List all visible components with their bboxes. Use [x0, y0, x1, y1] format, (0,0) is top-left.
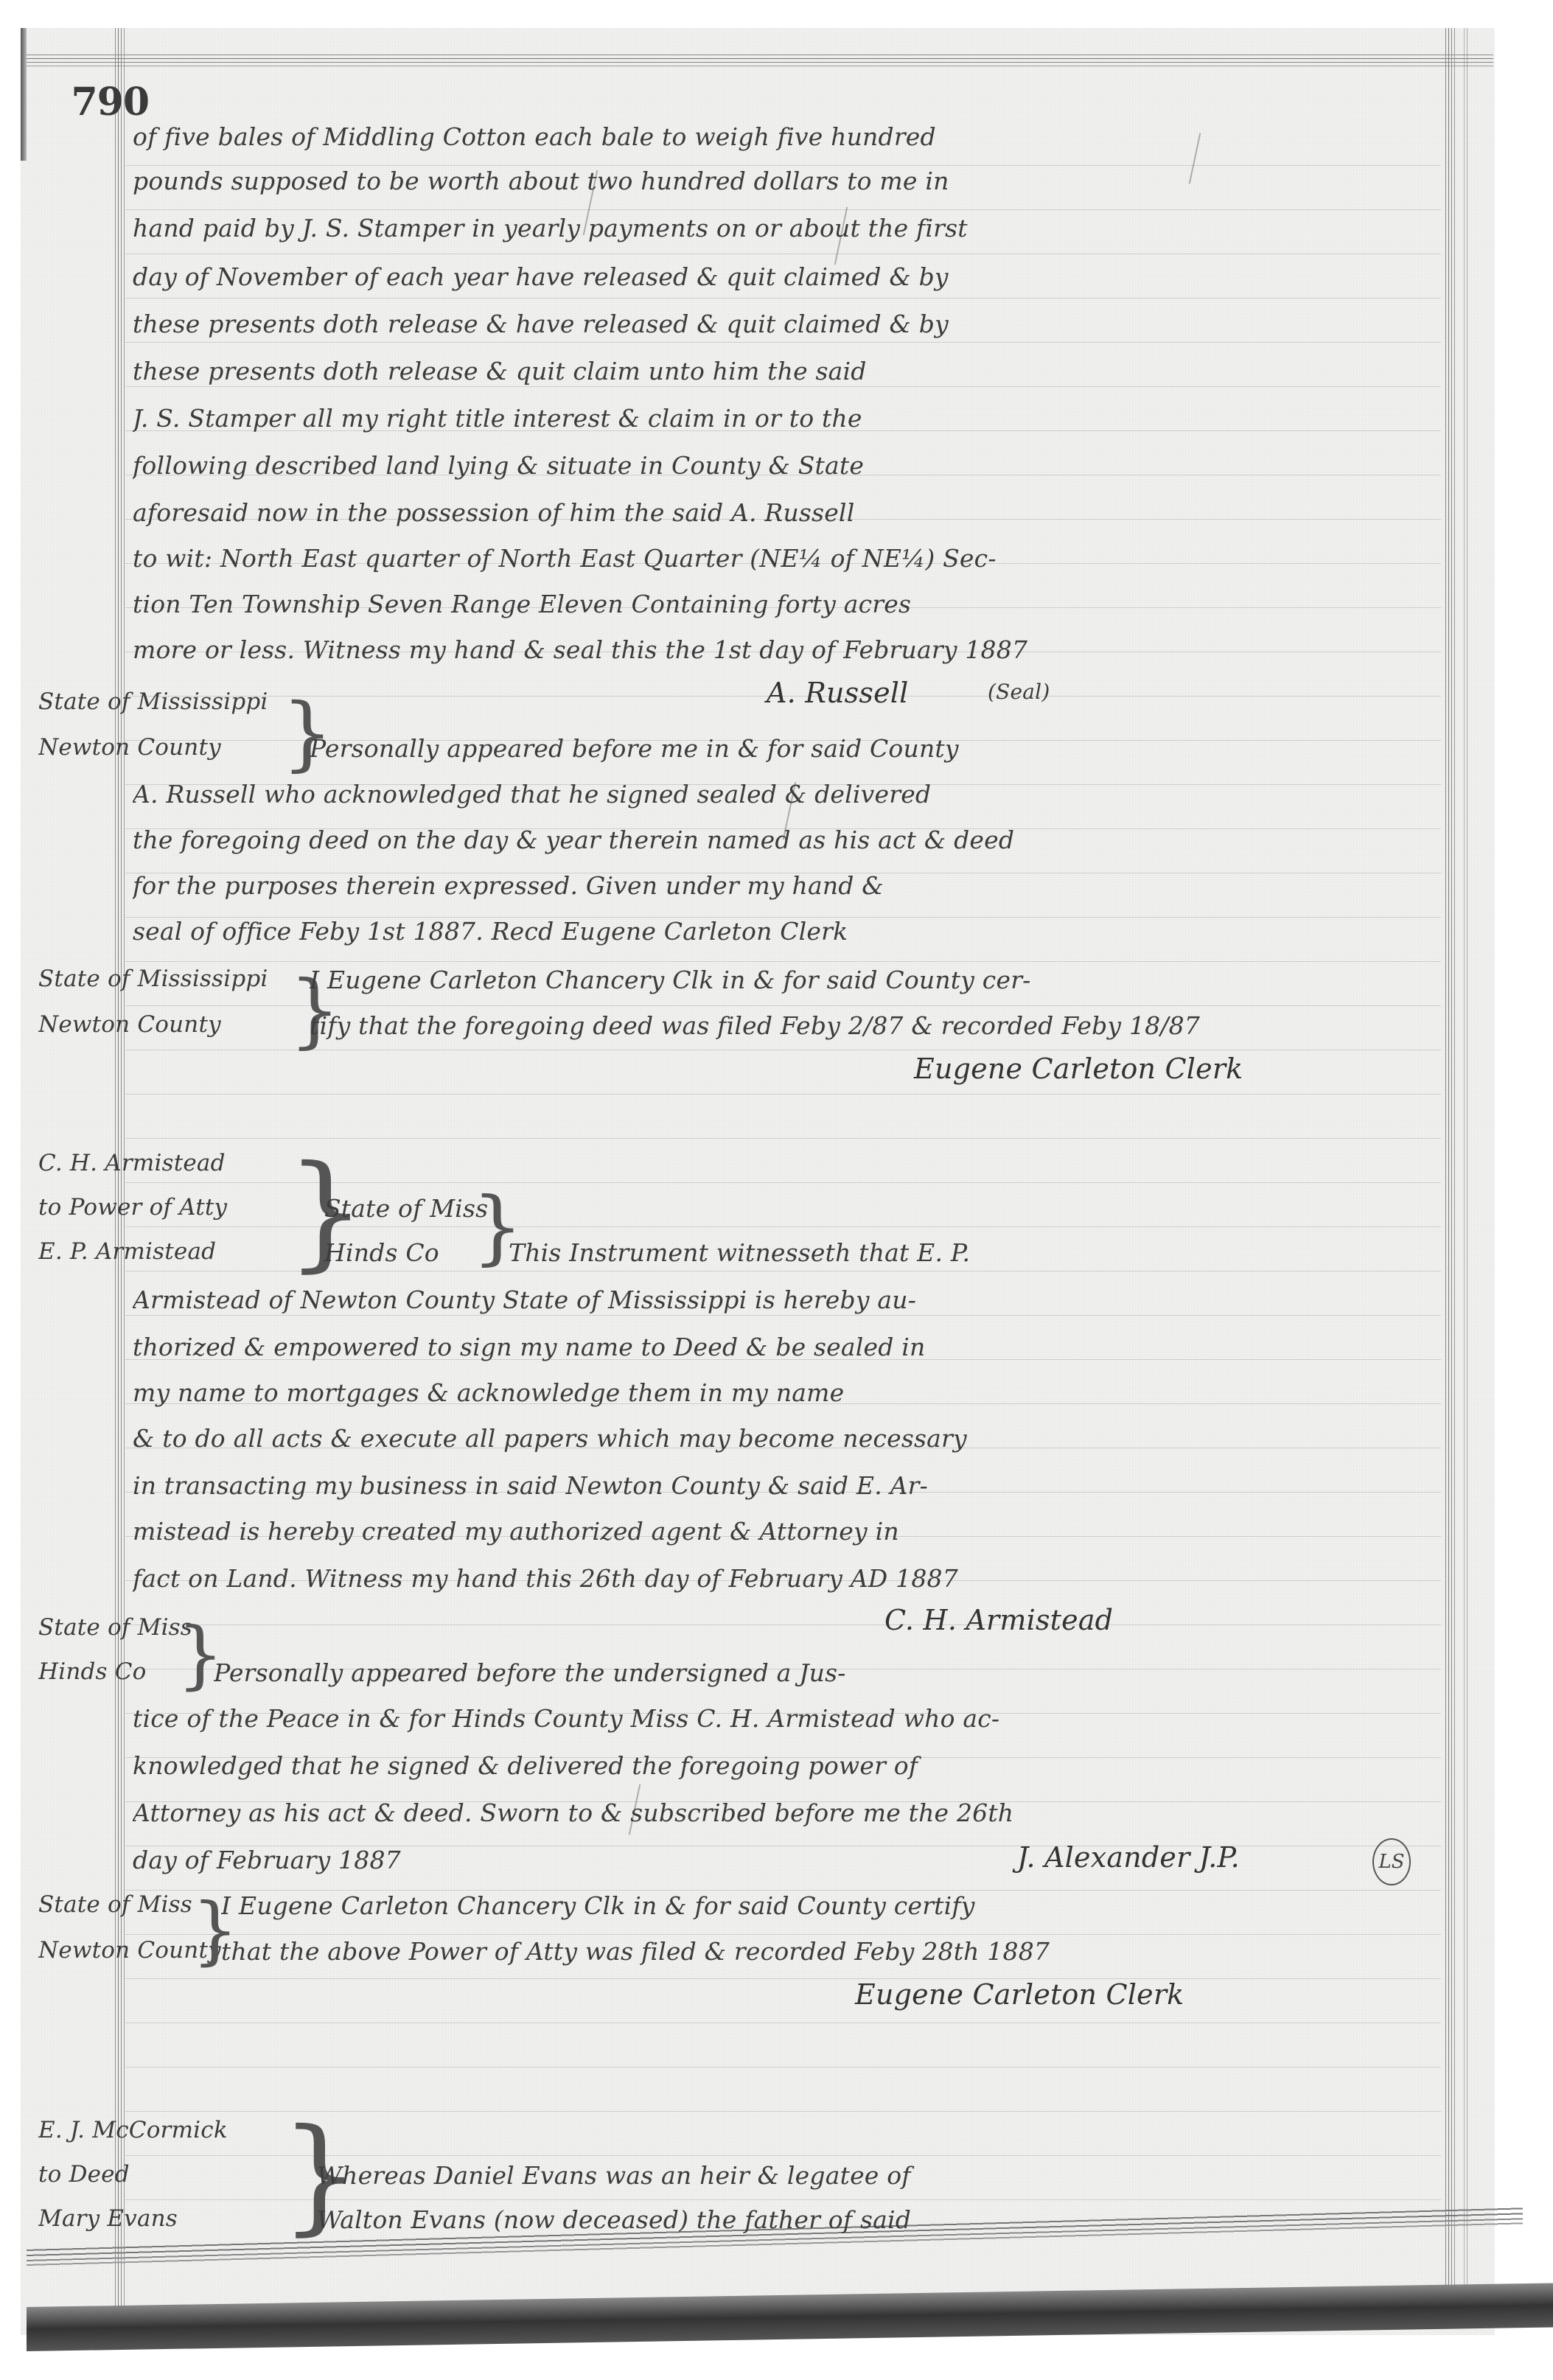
- text-line: my name to mortgages & acknowledge them …: [133, 1378, 1437, 1407]
- text-line: Attorney as his act & deed. Sworn to & s…: [133, 1798, 1437, 1827]
- page-edge-shadow: [21, 28, 27, 161]
- text-line: hand paid by J. S. Stamper in yearly pay…: [133, 214, 1437, 242]
- signature-a-russell: A. Russell: [767, 677, 908, 709]
- scan-background: [27, 2351, 1553, 2380]
- text-line: these presents doth release & quit claim…: [133, 357, 1437, 385]
- signature-clerk: Eugene Carleton Clerk: [914, 1053, 1243, 1085]
- text-line: Armistead of Newton County State of Miss…: [133, 1285, 1437, 1314]
- text-line: fact on Land. Witness my hand this 26th …: [133, 1564, 1437, 1593]
- text-line: Personally appeared before me in & for s…: [310, 734, 1437, 763]
- index-grantor: C. H. Armistead: [38, 1150, 282, 1176]
- text-line: pounds supposed to be worth about two hu…: [133, 167, 1437, 195]
- text-line: This Instrument witnesseth that E. P.: [509, 1238, 1437, 1267]
- margin-state: State of Mississippi: [38, 966, 282, 992]
- text-line: mistead is hereby created my authorized …: [133, 1517, 1437, 1546]
- text-line: these presents doth release & have relea…: [133, 310, 1437, 338]
- text-line: day of November of each year have releas…: [133, 262, 1437, 291]
- text-line: I Eugene Carleton Chancery Clk in & for …: [221, 1891, 1437, 1920]
- header-ruling: [27, 54, 1493, 69]
- margin-county: Newton County: [38, 1011, 282, 1038]
- text-line: & to do all acts & execute all papers wh…: [133, 1424, 1437, 1453]
- text-line: to wit: North East quarter of North East…: [133, 544, 1437, 573]
- text-line: aforesaid now in the possession of him t…: [133, 498, 1437, 527]
- page-number: 790: [60, 80, 149, 125]
- brace: }: [282, 685, 333, 780]
- index-grantor: E. J. McCormick: [38, 2117, 282, 2143]
- margin-state: State of Miss: [38, 1614, 282, 1641]
- text-line: J. S. Stamper all my right title interes…: [133, 404, 1437, 433]
- text-line: Personally appeared before the undersign…: [214, 1658, 1437, 1687]
- text-line: more or less. Witness my hand & seal thi…: [133, 635, 1437, 664]
- text-line: A. Russell who acknowledged that he sign…: [133, 780, 1437, 809]
- seal-mark: (Seal): [988, 680, 1050, 704]
- text-line: Whereas Daniel Evans was an heir & legat…: [317, 2161, 1437, 2190]
- seal-ls-icon: LS: [1372, 1838, 1411, 1885]
- text-line: that the above Power of Atty was filed &…: [221, 1937, 1437, 1966]
- text-line: tify that the foregoing deed was filed F…: [310, 1011, 1437, 1040]
- text-line: following described land lying & situate…: [133, 451, 1437, 480]
- index-instrument: to Power of Atty: [38, 1194, 282, 1221]
- margin-state: State of Mississippi: [38, 688, 282, 715]
- text-line: for the purposes therein expressed. Give…: [133, 871, 1437, 900]
- text-line: I Eugene Carleton Chancery Clk in & for …: [310, 966, 1437, 994]
- signature-clerk: Eugene Carleton Clerk: [855, 1978, 1184, 2011]
- text-line: tion Ten Township Seven Range Eleven Con…: [133, 590, 1437, 618]
- text-line: day of February 1887: [133, 1846, 1437, 1874]
- text-line: thorized & empowered to sign my name to …: [133, 1333, 1437, 1361]
- signature-c-h-armistead: C. H. Armistead: [884, 1604, 1113, 1636]
- text-line: of five bales of Middling Cotton each ba…: [133, 122, 1437, 151]
- text-line: tice of the Peace in & for Hinds County …: [133, 1704, 1437, 1733]
- margin-county: Newton County: [38, 734, 282, 761]
- index-instrument: to Deed: [38, 2161, 282, 2188]
- outer-margin-ruling: [1463, 28, 1469, 2328]
- signature-j-alexander: J. Alexander J.P.: [1017, 1841, 1240, 1874]
- text-line: seal of office Feby 1st 1887. Recd Eugen…: [133, 917, 1437, 946]
- text-line: knowledged that he signed & delivered th…: [133, 1751, 1437, 1780]
- text-line: the foregoing deed on the day & year the…: [133, 826, 1437, 854]
- index-grantee: E. P. Armistead: [38, 1238, 282, 1265]
- right-margin-ruling: [1445, 28, 1455, 2328]
- venue-state: State of Miss: [324, 1194, 488, 1223]
- text-line: in transacting my business in said Newto…: [133, 1471, 1437, 1500]
- left-margin-ruling: [114, 28, 125, 2328]
- venue-county: Hinds Co: [324, 1238, 439, 1267]
- index-grantee: Mary Evans: [38, 2205, 282, 2232]
- text-line: Walton Evans (now deceased) the father o…: [317, 2205, 1437, 2234]
